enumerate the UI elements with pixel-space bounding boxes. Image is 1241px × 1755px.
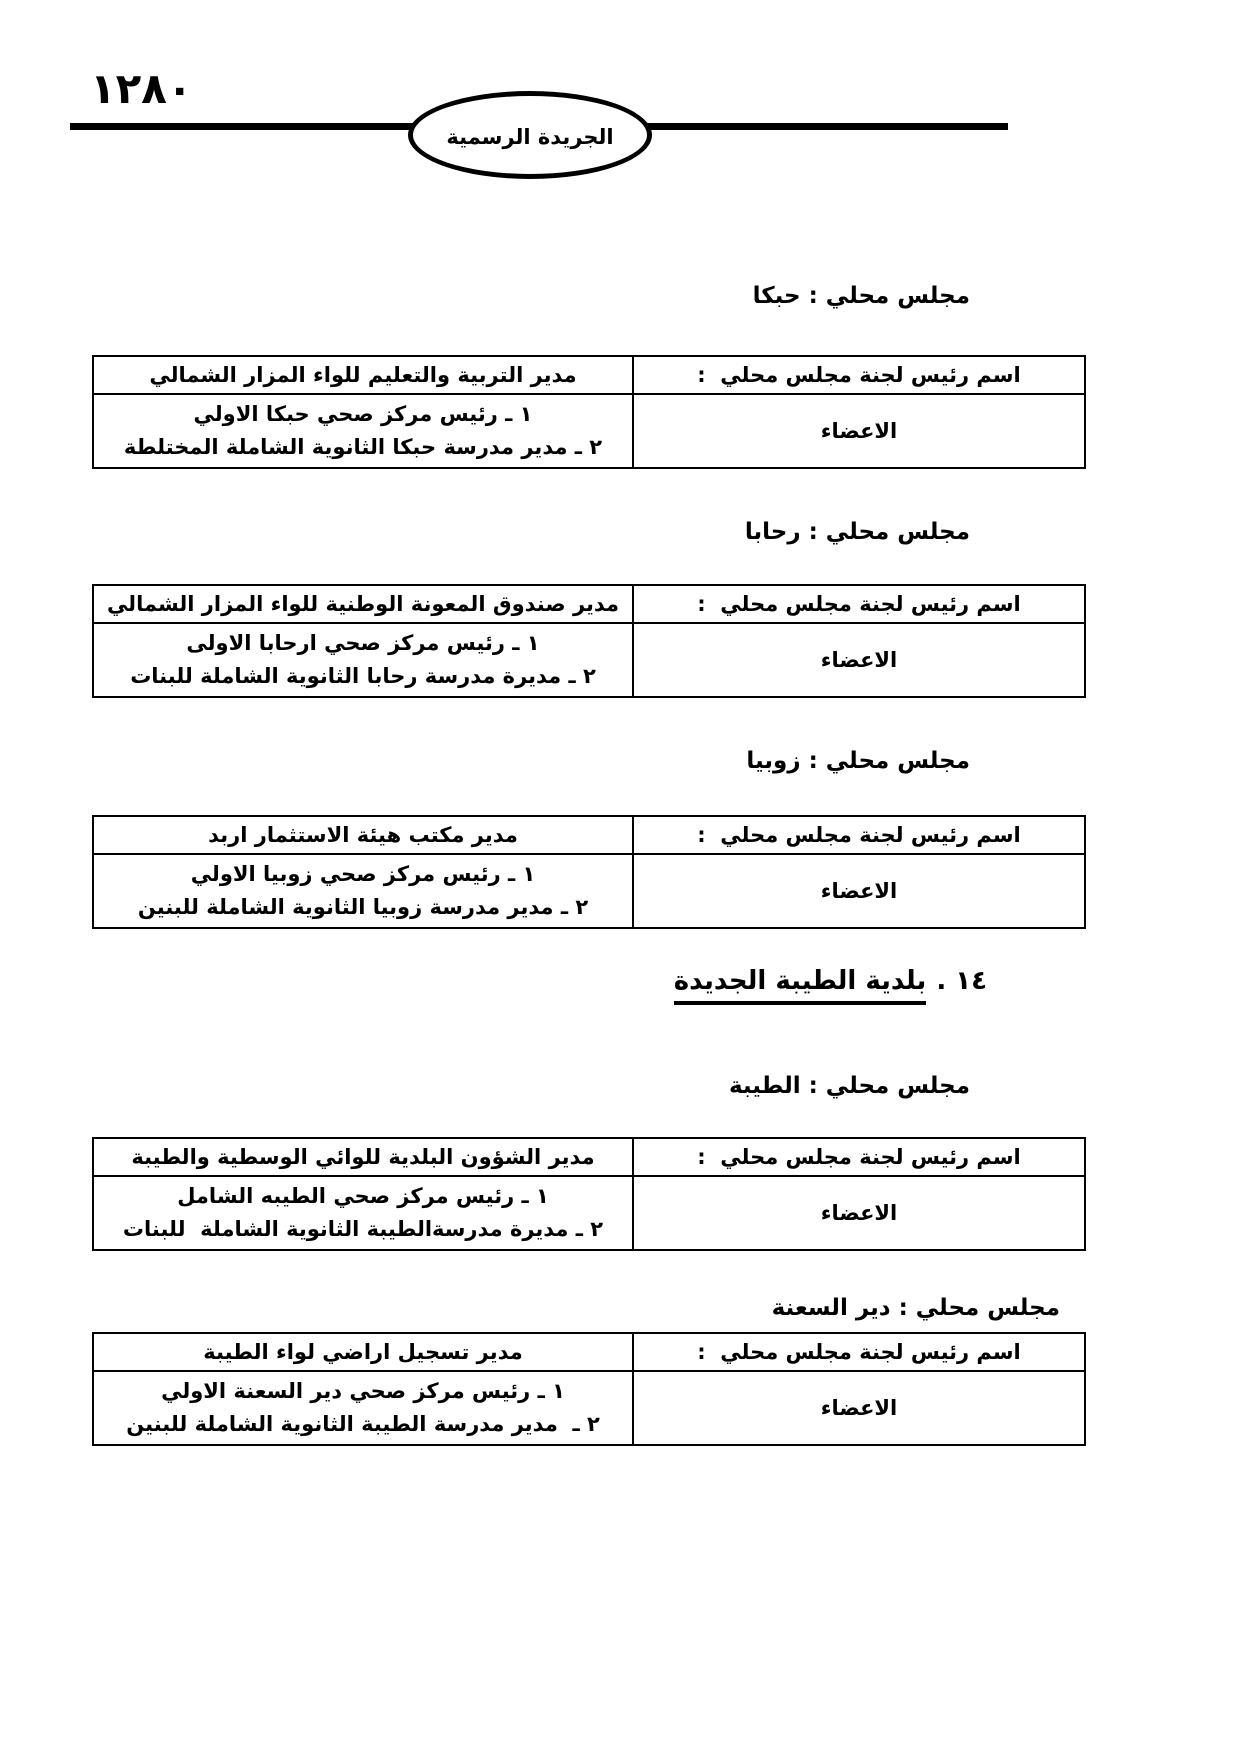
page-number: ١٢٨٠ [90,64,193,113]
section-title-rehaba: مجلس محلي : رحابا [745,519,970,545]
chairman-label-cell: اسم رئيس لجنة مجلس محلي : [633,1138,1085,1176]
gazette-title: الجريدة الرسمية [446,121,613,149]
table-row: الاعضاء ١ ـ رئيس مركز صحي الطيبه الشامل … [93,1176,1085,1250]
member-item: ١ ـ رئيس مركز صحي زوبيا الاولي [98,858,628,891]
section-title-taybeh: مجلس محلي : الطيبة [729,1073,970,1099]
chairman-value-cell: مدير مكتب هيئة الاستثمار اربد [93,816,633,854]
table-row: الاعضاء ١ ـ رئيس مركز صحي دير السعنة الا… [93,1371,1085,1445]
members-label-cell: الاعضاء [633,1371,1085,1445]
chairman-value-cell: مدير تسجيل اراضي لواء الطيبة [93,1333,633,1371]
section-title-zoubia: مجلس محلي : زوبيا [746,748,970,774]
chairman-value-cell: مدير صندوق المعونة الوطنية للواء المزار … [93,585,633,623]
table-row: اسم رئيس لجنة مجلس محلي : مدير مكتب هيئة… [93,816,1085,854]
members-value-cell: ١ ـ رئيس مركز صحي زوبيا الاولي ٢ ـ مدير … [93,854,633,928]
table-row: الاعضاء ١ ـ رئيس مركز صحي ارحابا الاولى … [93,623,1085,697]
section-title-deir-alsaaneh: مجلس محلي : دير السعنة [772,1295,1060,1321]
council-table-rehaba: اسم رئيس لجنة مجلس محلي : مدير صندوق الم… [92,584,1086,698]
council-table-habka: اسم رئيس لجنة مجلس محلي : مدير التربية و… [92,355,1086,469]
municipality-heading: ١٤ .بلدية الطيبة الجديدة [674,966,987,996]
municipality-heading-number: ١٤ . [936,966,987,996]
gazette-page: ١٢٨٠ الجريدة الرسمية مجلس محلي : حبكا اس… [0,0,1241,1755]
member-item: ١ ـ رئيس مركز صحي حبكا الاولي [98,398,628,431]
table-row: اسم رئيس لجنة مجلس محلي : مدير التربية و… [93,356,1085,394]
members-value-cell: ١ ـ رئيس مركز صحي ارحابا الاولى ٢ ـ مدير… [93,623,633,697]
table-row: الاعضاء ١ ـ رئيس مركز صحي حبكا الاولي ٢ … [93,394,1085,468]
gazette-seal: الجريدة الرسمية [408,91,652,179]
council-table-taybeh: اسم رئيس لجنة مجلس محلي : مدير الشؤون ال… [92,1137,1086,1251]
members-value-cell: ١ ـ رئيس مركز صحي الطيبه الشامل ٢ ـ مدير… [93,1176,633,1250]
table-row: اسم رئيس لجنة مجلس محلي : مدير الشؤون ال… [93,1138,1085,1176]
table-row: اسم رئيس لجنة مجلس محلي : مدير تسجيل ارا… [93,1333,1085,1371]
member-item: ٢ ـ مديرة مدرسة رحابا الثانوية الشاملة ل… [98,660,628,693]
table-row: اسم رئيس لجنة مجلس محلي : مدير صندوق الم… [93,585,1085,623]
chairman-label-cell: اسم رئيس لجنة مجلس محلي : [633,1333,1085,1371]
council-table-zoubia: اسم رئيس لجنة مجلس محلي : مدير مكتب هيئة… [92,815,1086,929]
municipality-heading-title: بلدية الطيبة الجديدة [674,966,927,1005]
member-item: ٢ ـ مدير مدرسة زوبيا الثانوية الشاملة لل… [98,891,628,924]
chairman-label-cell: اسم رئيس لجنة مجلس محلي : [633,816,1085,854]
members-label-cell: الاعضاء [633,623,1085,697]
members-label-cell: الاعضاء [633,1176,1085,1250]
chairman-label-cell: اسم رئيس لجنة مجلس محلي : [633,585,1085,623]
member-item: ١ ـ رئيس مركز صحي الطيبه الشامل [98,1180,628,1213]
council-table-deir-alsaaneh: اسم رئيس لجنة مجلس محلي : مدير تسجيل ارا… [92,1332,1086,1446]
chairman-label-cell: اسم رئيس لجنة مجلس محلي : [633,356,1085,394]
members-value-cell: ١ ـ رئيس مركز صحي حبكا الاولي ٢ ـ مدير م… [93,394,633,468]
member-item: ١ ـ رئيس مركز صحي دير السعنة الاولي [98,1375,628,1408]
chairman-value-cell: مدير الشؤون البلدية للوائي الوسطية والطي… [93,1138,633,1176]
table-row: الاعضاء ١ ـ رئيس مركز صحي زوبيا الاولي ٢… [93,854,1085,928]
member-item: ٢ ـ مديرة مدرسةالطيبة الثانوية الشاملة ل… [98,1213,628,1246]
members-value-cell: ١ ـ رئيس مركز صحي دير السعنة الاولي ٢ ـ … [93,1371,633,1445]
section-title-habka: مجلس محلي : حبكا [753,283,970,309]
member-item: ١ ـ رئيس مركز صحي ارحابا الاولى [98,627,628,660]
member-item: ٢ ـ مدير مدرسة حبكا الثانوية الشاملة الم… [98,431,628,464]
member-item: ٢ ـ مدير مدرسة الطيبة الثانوية الشاملة ل… [98,1408,628,1441]
members-label-cell: الاعضاء [633,394,1085,468]
chairman-value-cell: مدير التربية والتعليم للواء المزار الشما… [93,356,633,394]
members-label-cell: الاعضاء [633,854,1085,928]
